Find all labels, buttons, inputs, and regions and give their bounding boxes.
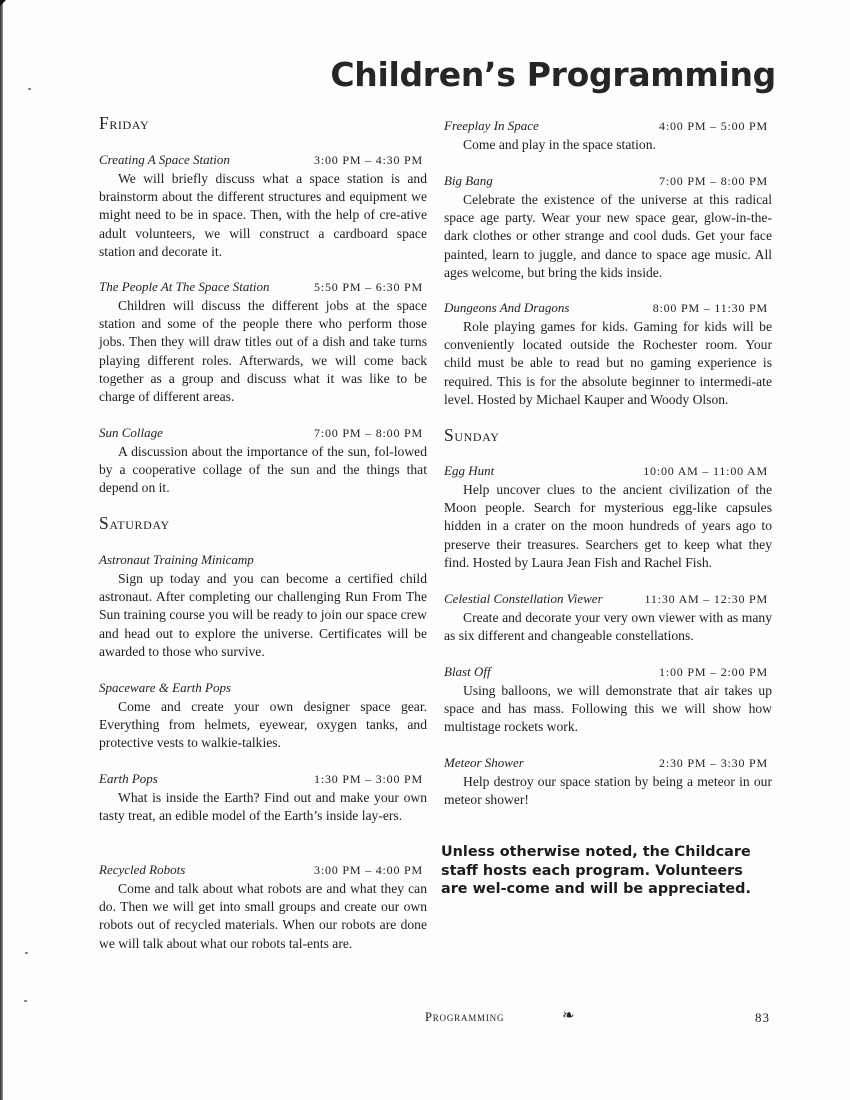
event-description: Help destroy our space station by being … xyxy=(444,773,772,809)
page-title: Children’s Programming xyxy=(330,55,776,94)
event-astronaut-training-minicamp: Astronaut Training Minicamp Sign up toda… xyxy=(99,552,427,661)
event-earth-pops: Earth Pops 1:30 PM – 3:00 PM What is ins… xyxy=(99,771,427,825)
event-time: 7:00 PM – 8:00 PM xyxy=(314,426,427,441)
event-name: Meteor Shower xyxy=(444,755,524,771)
event-time: 11:30 AM – 12:30 PM xyxy=(645,592,772,607)
page-number: 83 xyxy=(755,1010,770,1026)
event-big-bang: Big Bang 7:00 PM – 8:00 PM Celebrate the… xyxy=(444,173,772,282)
event-name: Celestial Constellation Viewer xyxy=(444,591,603,607)
event-description: We will briefly discuss what a space sta… xyxy=(99,170,427,261)
event-time: 7:00 PM – 8:00 PM xyxy=(659,174,772,189)
event-name: Astronaut Training Minicamp xyxy=(99,552,254,568)
event-name: Big Bang xyxy=(444,173,493,189)
event-name: Earth Pops xyxy=(99,771,158,787)
event-spaceware-and-earth-pops: Spaceware & Earth Pops Come and create y… xyxy=(99,680,427,753)
event-name: Dungeons And Dragons xyxy=(444,300,569,316)
scan-speck xyxy=(28,88,31,90)
event-name: Spaceware & Earth Pops xyxy=(99,680,231,696)
event-celestial-constellation-viewer: Celestial Constellation Viewer 11:30 AM … xyxy=(444,591,772,645)
event-name: Sun Collage xyxy=(99,425,163,441)
event-recycled-robots: Recycled Robots 3:00 PM – 4:00 PM Come a… xyxy=(99,862,427,953)
day-heading-sunday: Sunday xyxy=(444,425,500,446)
event-description: Help uncover clues to the ancient civili… xyxy=(444,481,772,572)
scan-speck xyxy=(24,1000,27,1002)
event-egg-hunt: Egg Hunt 10:00 AM – 11:00 AM Help uncove… xyxy=(444,463,772,572)
event-name: Recycled Robots xyxy=(99,862,185,878)
event-description: Celebrate the existence of the universe … xyxy=(444,191,772,282)
event-dungeons-and-dragons: Dungeons And Dragons 8:00 PM – 11:30 PM … xyxy=(444,300,772,409)
event-meteor-shower: Meteor Shower 2:30 PM – 3:30 PM Help des… xyxy=(444,755,772,809)
event-name: Creating A Space Station xyxy=(99,152,230,168)
event-description: Come and play in the space station. xyxy=(444,136,772,154)
event-time: 1:00 PM – 2:00 PM xyxy=(659,665,772,680)
scan-edge xyxy=(0,0,3,1100)
event-time: 4:00 PM – 5:00 PM xyxy=(659,119,772,134)
event-name: Freeplay In Space xyxy=(444,118,539,134)
event-sun-collage: Sun Collage 7:00 PM – 8:00 PM A discussi… xyxy=(99,425,427,498)
childcare-notice: Unless otherwise noted, the Childcare st… xyxy=(441,843,771,899)
event-name: Blast Off xyxy=(444,664,491,680)
fleuron-ornament-icon: ❧ xyxy=(562,1006,575,1025)
event-description: A discussion about the importance of the… xyxy=(99,443,427,498)
event-time: 3:00 PM – 4:30 PM xyxy=(314,153,427,168)
event-description: Role playing games for kids. Gaming for … xyxy=(444,318,772,409)
event-blast-off: Blast Off 1:00 PM – 2:00 PM Using balloo… xyxy=(444,664,772,737)
scan-corner-mark xyxy=(0,0,6,6)
event-freeplay-in-space: Freeplay In Space 4:00 PM – 5:00 PM Come… xyxy=(444,118,772,154)
event-description: Come and create your own designer space … xyxy=(99,698,427,753)
event-description: Using balloons, we will demonstrate that… xyxy=(444,682,772,737)
event-description: Create and decorate your very own viewer… xyxy=(444,609,772,645)
footer-section-label: Programming xyxy=(425,1010,504,1025)
scan-speck xyxy=(25,952,28,954)
event-the-people-at-the-space-station: The People At The Space Station 5:50 PM … xyxy=(99,279,427,406)
event-time: 8:00 PM – 11:30 PM xyxy=(653,301,772,316)
event-time: 10:00 AM – 11:00 AM xyxy=(643,464,772,479)
event-name: Egg Hunt xyxy=(444,463,494,479)
event-time: 2:30 PM – 3:30 PM xyxy=(659,756,772,771)
day-heading-saturday: Saturday xyxy=(99,513,170,534)
event-description: Come and talk about what robots are and … xyxy=(99,880,427,953)
event-creating-a-space-station: Creating A Space Station 3:00 PM – 4:30 … xyxy=(99,152,427,261)
event-time: 5:50 PM – 6:30 PM xyxy=(314,280,427,295)
event-time: 1:30 PM – 3:00 PM xyxy=(314,772,427,787)
event-description: Sign up today and you can become a certi… xyxy=(99,570,427,661)
event-description: What is inside the Earth? Find out and m… xyxy=(99,789,427,825)
event-time: 3:00 PM – 4:00 PM xyxy=(314,863,427,878)
day-heading-friday: Friday xyxy=(99,113,149,134)
event-description: Children will discuss the different jobs… xyxy=(99,297,427,406)
event-name: The People At The Space Station xyxy=(99,279,270,295)
